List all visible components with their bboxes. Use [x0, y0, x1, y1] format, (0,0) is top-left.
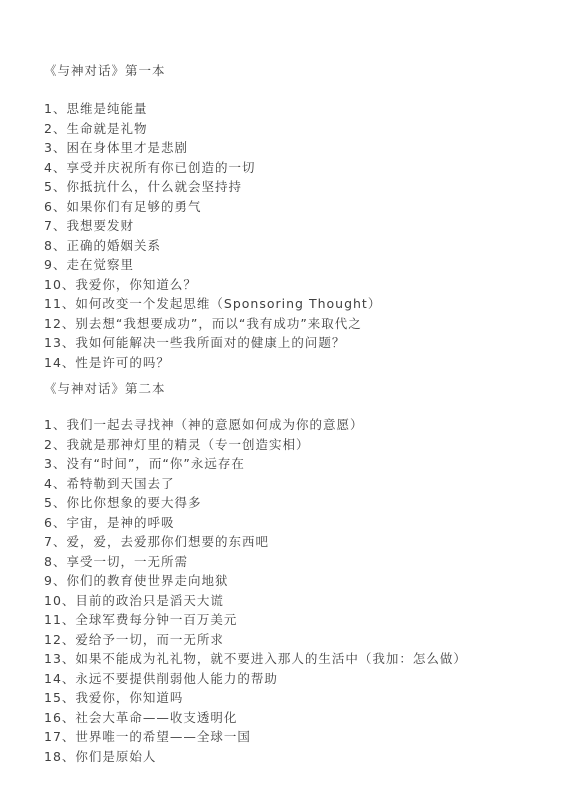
- chapter-item: 4、享受并庆祝所有你已创造的一切: [44, 158, 565, 178]
- chapter-item: 11、全球军费每分钟一百万美元: [44, 610, 565, 630]
- chapter-item: 7、爱，爱，去爱那你们想要的东西吧: [44, 532, 565, 552]
- chapter-item: 16、社会大革命——收支透明化: [44, 708, 565, 728]
- chapter-item: 11、如何改变一个发起思维（Sponsoring Thought）: [44, 294, 565, 314]
- chapter-item: 5、你抵抗什么，什么就会坚持持: [44, 177, 565, 197]
- chapter-item: 12、爱给予一切，而一无所求: [44, 630, 565, 650]
- chapter-item: 7、我想要发财: [44, 216, 565, 236]
- chapter-item: 17、世界唯一的希望——全球一国: [44, 727, 565, 747]
- chapter-item: 2、我就是那神灯里的精灵（专一创造实相）: [44, 435, 565, 455]
- chapter-item: 13、如果不能成为礼礼物，就不要进入那人的生活中（我加：怎么做）: [44, 649, 565, 669]
- chapter-item: 1、思维是纯能量: [44, 99, 565, 119]
- book-2-chapter-list: 1、我们一起去寻找神（神的意愿如何成为你的意愿） 2、我就是那神灯里的精灵（专一…: [44, 415, 565, 766]
- book-2-title: 《与神对话》第二本: [44, 380, 565, 397]
- book-1-title: 《与神对话》第一本: [44, 62, 565, 79]
- chapter-item: 9、你们的教育使世界走向地狱: [44, 571, 565, 591]
- chapter-item: 10、目前的政治只是滔天大谎: [44, 591, 565, 611]
- chapter-item: 8、享受一切，一无所需: [44, 552, 565, 572]
- chapter-item: 10、我爱你，你知道么？: [44, 275, 565, 295]
- chapter-item: 18、你们是原始人: [44, 747, 565, 767]
- chapter-item: 1、我们一起去寻找神（神的意愿如何成为你的意愿）: [44, 415, 565, 435]
- chapter-item: 14、永远不要提供削弱他人能力的帮助: [44, 669, 565, 689]
- book-1-chapter-list: 1、思维是纯能量 2、生命就是礼物 3、困在身体里才是悲剧 4、享受并庆祝所有你…: [44, 99, 565, 372]
- chapter-item: 8、正确的婚姻关系: [44, 236, 565, 256]
- book-section-2: 《与神对话》第二本 1、我们一起去寻找神（神的意愿如何成为你的意愿） 2、我就是…: [44, 380, 565, 766]
- chapter-item: 13、我如何能解决一些我所面对的健康上的问题？: [44, 333, 565, 353]
- chapter-item: 9、走在觉察里: [44, 255, 565, 275]
- book-section-1: 《与神对话》第一本 1、思维是纯能量 2、生命就是礼物 3、困在身体里才是悲剧 …: [44, 62, 565, 372]
- chapter-item: 15、我爱你，你知道吗: [44, 688, 565, 708]
- chapter-item: 3、没有“时间”，而“你”永远存在: [44, 454, 565, 474]
- document-page: 《与神对话》第一本 1、思维是纯能量 2、生命就是礼物 3、困在身体里才是悲剧 …: [0, 0, 585, 794]
- chapter-item: 3、困在身体里才是悲剧: [44, 138, 565, 158]
- chapter-item: 6、如果你们有足够的勇气: [44, 197, 565, 217]
- chapter-item: 4、希特勒到天国去了: [44, 474, 565, 494]
- chapter-item: 5、你比你想象的要大得多: [44, 493, 565, 513]
- chapter-item: 12、别去想“我想要成功”，而以“我有成功”来取代之: [44, 314, 565, 334]
- chapter-item: 2、生命就是礼物: [44, 119, 565, 139]
- chapter-item: 6、宇宙，是神的呼吸: [44, 513, 565, 533]
- chapter-item: 14、性是许可的吗？: [44, 353, 565, 373]
